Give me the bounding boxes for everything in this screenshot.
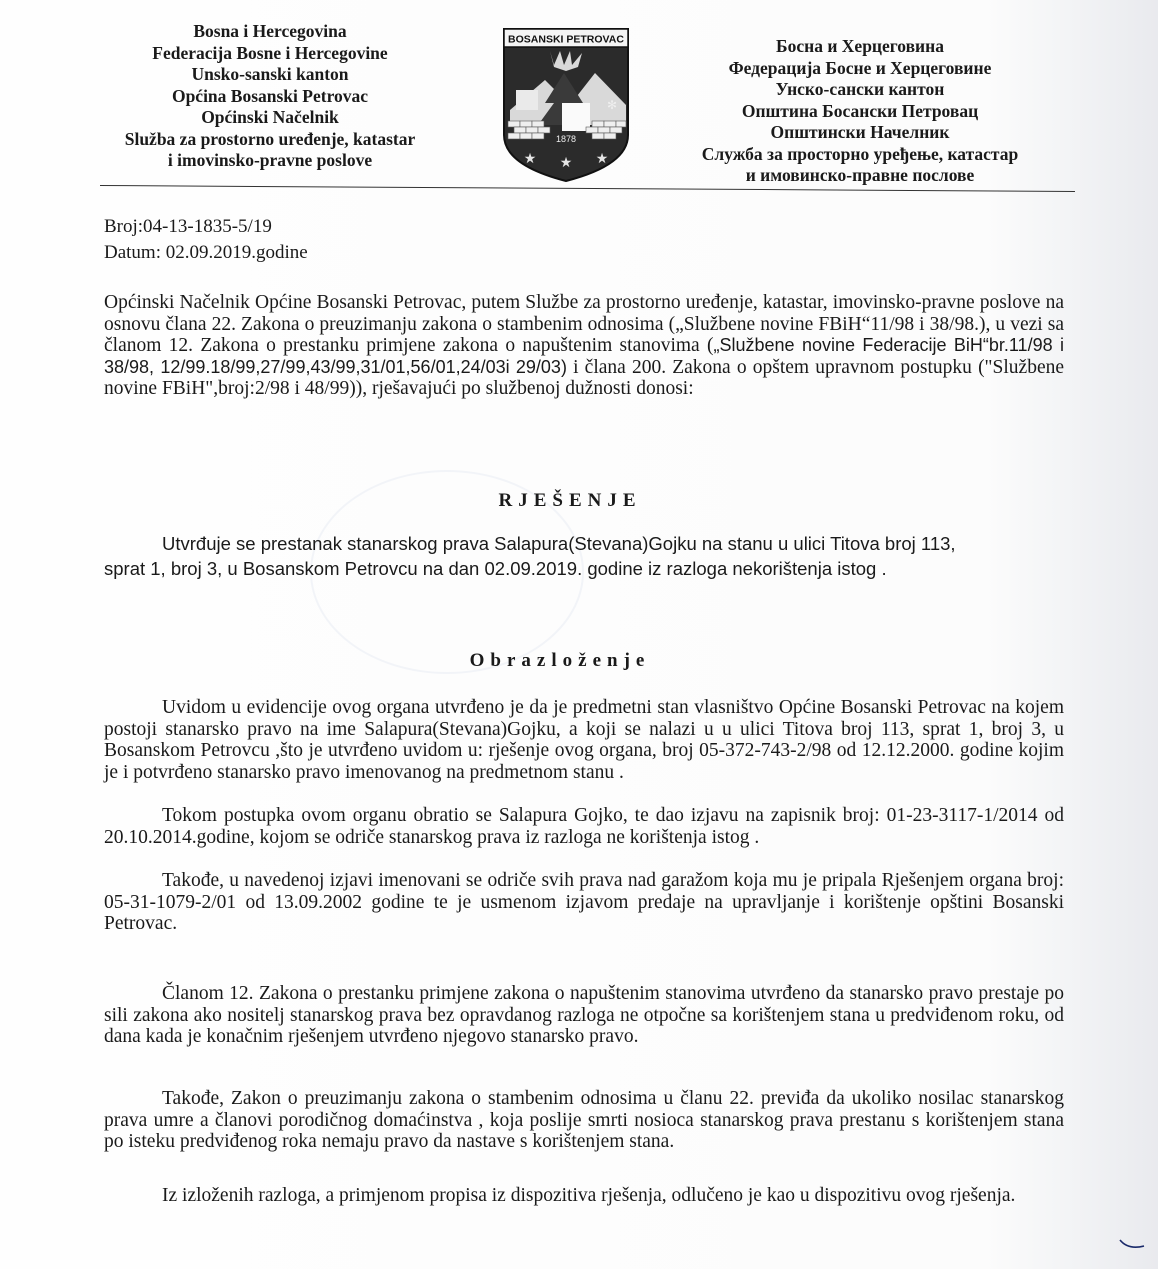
reasoning-paragraph: Tokom postupka ovom organu obratio se Sa…: [104, 805, 1064, 848]
document-date: Datum: 02.09.2019.godine: [104, 240, 308, 266]
decision-heading: RJEŠENJE: [470, 490, 670, 512]
paragraph-text: Članom 12. Zakona o prestanku primjene z…: [104, 983, 1064, 1047]
header-line: Служба за просторно уређење, катастар: [675, 144, 1045, 166]
reasoning-paragraph: Takođe, u navedenoj izjavi imenovani se …: [104, 870, 1064, 935]
header-line: Služba za prostorno uređenje, katastar: [100, 129, 440, 151]
header-line: Општина Босански Петровац: [675, 101, 1045, 123]
header-line: Općinski Načelnik: [100, 107, 440, 129]
header-latin: Bosna i Hercegovina Federacija Bosne i H…: [100, 21, 440, 172]
document-page: Bosna i Hercegovina Federacija Bosne i H…: [0, 0, 1158, 1269]
header-line: и имовинско-правне послове: [675, 165, 1045, 187]
paragraph-text: Takođe, u navedenoj izjavi imenovani se …: [104, 870, 1064, 934]
header-cyrillic: Босна и Херцеговина Федерација Босне и Х…: [675, 36, 1045, 187]
header-line: Федерација Босне и Херцеговине: [675, 58, 1045, 80]
crest-title: BOSANSKI PETROVAC: [508, 34, 624, 46]
reasoning-paragraph: Uvidom u evidencije ovog organa utvrđeno…: [104, 697, 1064, 783]
paragraph-text: Uvidom u evidencije ovog organa utvrđeno…: [104, 697, 1064, 783]
decision-text: Utvrđuje se prestanak stanarskog prava S…: [104, 531, 1074, 581]
header-line: i imovinsko-pravne poslove: [100, 150, 440, 172]
pen-mark-icon: [1118, 1238, 1146, 1252]
svg-text:★: ★: [524, 152, 537, 167]
paragraph-text: Iz izloženih razloga, a primjenom propis…: [162, 1185, 1015, 1206]
header-line: Босна и Херцеговина: [675, 36, 1045, 58]
document-number: Broj:04-13-1835-5/19: [104, 214, 308, 240]
svg-text:★: ★: [560, 156, 573, 171]
crest-year: 1878: [556, 134, 576, 144]
municipal-coat-of-arms-icon: BOSANSKI PETROVAC 1878 ★ ★ ★ ✻: [500, 25, 632, 185]
reasoning-paragraph: Članom 12. Zakona o prestanku primjene z…: [104, 983, 1064, 1048]
decision-line: Utvrđuje se prestanak stanarskog prava S…: [104, 531, 1074, 556]
paragraph-text: Takođe, Zakon o preuzimanju zakona o sta…: [104, 1088, 1064, 1152]
reasoning-heading: Obrazloženje: [420, 650, 700, 672]
header-line: Општински Начелник: [675, 122, 1045, 144]
intro-paragraph: Općinski Načelnik Općine Bosanski Petrov…: [104, 292, 1064, 400]
paragraph-text: Tokom postupka ovom organu obratio se Sa…: [104, 805, 1064, 848]
decision-line: sprat 1, broj 3, u Bosanskom Petrovcu na…: [104, 556, 1074, 581]
reasoning-paragraph: Iz izloženih razloga, a primjenom propis…: [104, 1185, 1064, 1207]
svg-text:✻: ✻: [607, 98, 617, 112]
header-line: Bosna i Hercegovina: [100, 21, 440, 43]
header-line: Unsko-sanski kanton: [100, 64, 440, 86]
header-line: Federacija Bosne i Hercegovine: [100, 43, 440, 65]
svg-text:★: ★: [596, 152, 609, 167]
header-line: Općina Bosanski Petrovac: [100, 86, 440, 108]
reasoning-paragraph: Takođe, Zakon o preuzimanju zakona o sta…: [104, 1088, 1064, 1153]
header-line: Унско-сански кантон: [675, 79, 1045, 101]
document-meta: Broj:04-13-1835-5/19 Datum: 02.09.2019.g…: [104, 214, 308, 266]
